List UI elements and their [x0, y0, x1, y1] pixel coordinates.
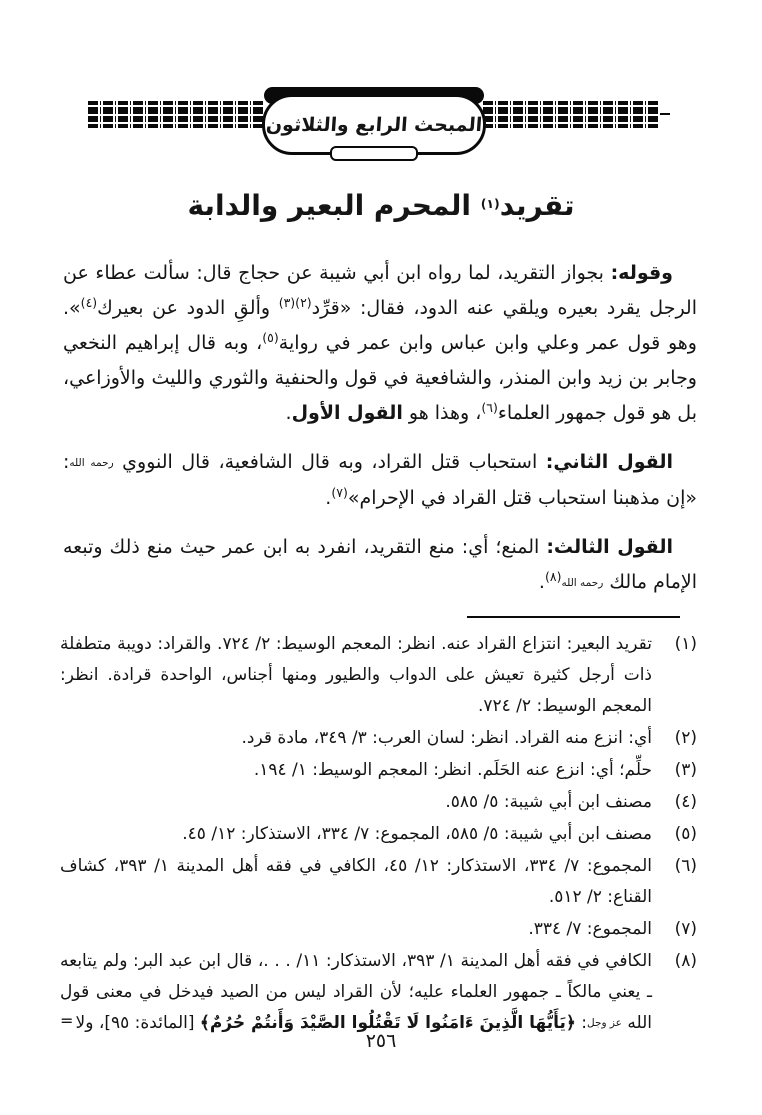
body-text: وقوله: بجواز التقريد، لما رواه ابن أبي ش…: [63, 256, 697, 615]
bold-lead-in: القول الثالث:: [546, 536, 673, 558]
footnote-text: المجموع: ٧/ ٣٣٤.: [60, 914, 652, 945]
footnote-text: مصنف ابن أبي شيبة: ٥/ ٥٨٥، المجموع: ٧/ ٣…: [60, 819, 652, 850]
chapter-banner-title: المبحث الرابع والثلاثون: [265, 114, 483, 136]
footnote-number: (٨): [661, 946, 697, 1039]
footnote-text: حلِّم؛ أي: انزع عنه الحَلَم. انظر: المعج…: [60, 755, 652, 786]
body-paragraph: القول الثالث: المنع؛ أي: منع التقريد، ان…: [63, 530, 697, 601]
footnote-text: أي: انزع منه القراد. انظر: لسان العرب: ٣…: [60, 723, 652, 754]
footnote-item: (٨)الكافي في فقه أهل المدينة ١/ ٣٩٣، الا…: [60, 946, 697, 1039]
footnote-item: (٢)أي: انزع منه القراد. انظر: لسان العرب…: [60, 723, 697, 754]
footnote-reference: (٥): [262, 330, 279, 345]
page-title: تقريد(١) المحرم البعير والدابة: [0, 189, 762, 222]
footnote-number: (٣): [661, 755, 697, 786]
footnote-reference: (١): [481, 196, 500, 211]
ornamental-band-right: [483, 101, 660, 128]
honorific-mark: رحمه الله: [561, 577, 603, 589]
footnote-item: (٦)المجموع: ٧/ ٣٣٤، الاستذكار: ١٢/ ٤٥، ا…: [60, 851, 697, 913]
footnote-reference: (٨): [545, 569, 562, 584]
body-paragraph: وقوله: بجواز التقريد، لما رواه ابن أبي ش…: [63, 256, 697, 431]
footnote-reference: (٢)(٣): [279, 295, 312, 310]
bold-lead-in: وقوله:: [611, 262, 673, 284]
ornamental-band-left: [88, 101, 265, 128]
footnote-number: (٥): [661, 819, 697, 850]
bold-lead-in: القول الثاني:: [546, 451, 673, 473]
honorific-mark: رحمه الله: [69, 457, 113, 469]
footnote-reference: (٤): [81, 295, 98, 310]
footnote-item: (٥)مصنف ابن أبي شيبة: ٥/ ٥٨٥، المجموع: ٧…: [60, 819, 697, 850]
footnote-item: (٣)حلِّم؛ أي: انزع عنه الحَلَم. انظر: ال…: [60, 755, 697, 786]
footnote-item: (١)تقريد البعير: انتزاع القراد عنه. انظر…: [60, 629, 697, 722]
footnote-list: (١)تقريد البعير: انتزاع القراد عنه. انظر…: [60, 629, 697, 1039]
footnote-text: الكافي في فقه أهل المدينة ١/ ٣٩٣، الاستذ…: [60, 946, 652, 1039]
footnote-number: (٧): [661, 914, 697, 945]
body-paragraph: القول الثاني: استحباب قتل القراد، وبه قا…: [63, 445, 697, 516]
footnote-number: (٢): [661, 723, 697, 754]
book-page: { "page": { "number": "٢٥٦", "background…: [0, 0, 762, 1115]
page-number: ٢٥٦: [0, 1030, 762, 1052]
footnotes-section: (١)تقريد البعير: انتزاع القراد عنه. انظر…: [60, 616, 697, 1040]
footnote-number: (٦): [661, 851, 697, 913]
chapter-cartouche: المبحث الرابع والثلاثون: [262, 87, 486, 157]
honorific-mark: عز وجل: [587, 1017, 622, 1029]
footnote-text: مصنف ابن أبي شيبة: ٥/ ٥٨٥.: [60, 787, 652, 818]
footnote-divider: [467, 616, 680, 618]
footnote-reference: (٦): [481, 400, 498, 415]
bold-lead-in: القول الأول: [292, 402, 403, 424]
chapter-banner: المبحث الرابع والثلاثون: [88, 87, 670, 159]
footnote-text: تقريد البعير: انتزاع القراد عنه. انظر: ا…: [60, 629, 652, 722]
footnote-item: (٧)المجموع: ٧/ ٣٣٤.: [60, 914, 697, 945]
footnote-number: (١): [661, 629, 697, 722]
footnote-text: المجموع: ٧/ ٣٣٤، الاستذكار: ١٢/ ٤٥، الكا…: [60, 851, 652, 913]
footnote-item: (٤)مصنف ابن أبي شيبة: ٥/ ٥٨٥.: [60, 787, 697, 818]
cartouche-bottom-ornament: [330, 146, 418, 161]
footnote-reference: (٧): [331, 485, 348, 500]
footnote-number: (٤): [661, 787, 697, 818]
band-tail-line: [660, 113, 670, 115]
